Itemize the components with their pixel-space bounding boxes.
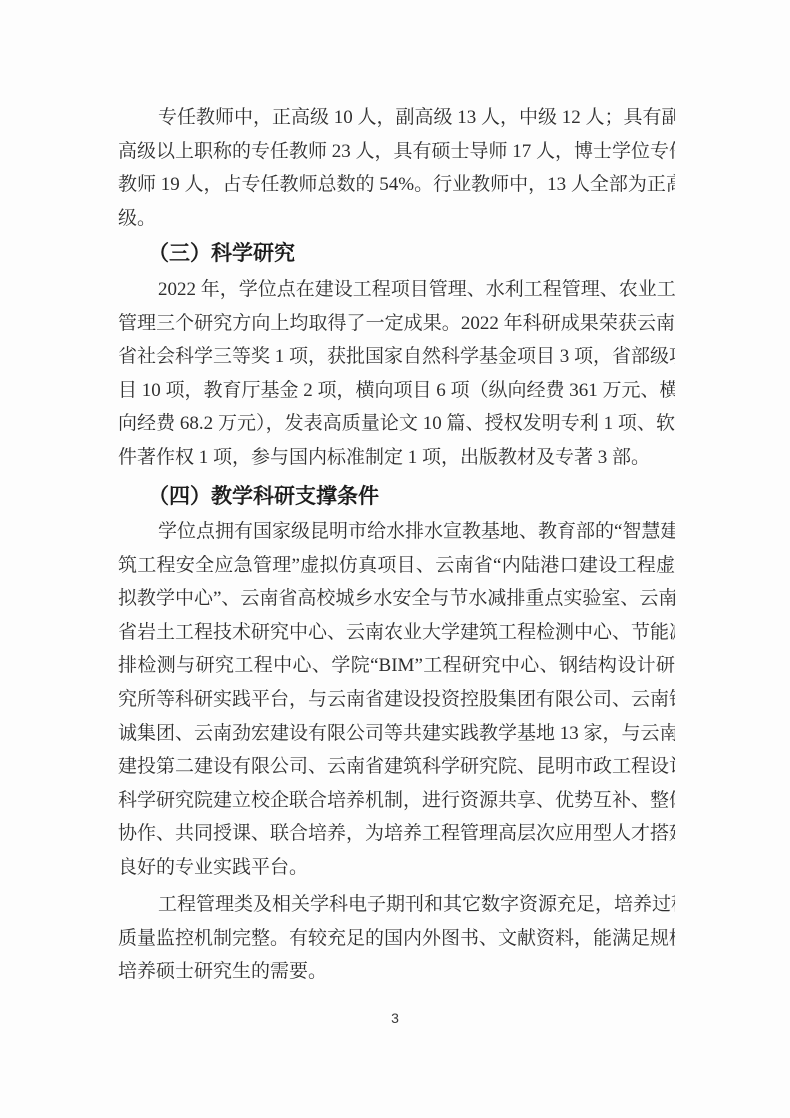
text-line: 拟教学中心”、云南省高校城乡水安全与节水减排重点实验室、云南 <box>118 582 675 616</box>
section-heading-teaching-support: （四）教学科研支撑条件 <box>118 479 675 513</box>
paragraph-library-resources: 工程管理类及相关学科电子期刊和其它数字资源充足，培养过程 质量监控机制完整。有较… <box>118 888 675 989</box>
section-heading-scientific-research: （三）科学研究 <box>118 236 675 270</box>
text-line: 筑工程安全应急管理”虚拟仿真项目、云南省“内陆港口建设工程虚 <box>118 549 675 583</box>
paragraph-research-achievements: 2022 年，学位点在建设工程项目管理、水利工程管理、农业工程 管理三个研究方向… <box>118 273 675 475</box>
text-line: 管理三个研究方向上均取得了一定成果。2022 年科研成果荣获云南 <box>118 307 675 341</box>
document-page: 专任教师中，正高级 10 人，副高级 13 人，中级 12 人；具有副 高级以上… <box>0 0 790 1118</box>
text-line: 协作、共同授课、联合培养，为培养工程管理高层次应用型人才搭建 <box>118 817 675 851</box>
text-line: 目 10 项，教育厅基金 2 项，横向项目 6 项（纵向经费 361 万元、横 <box>118 374 675 408</box>
text-line: 专任教师中，正高级 10 人，副高级 13 人，中级 12 人；具有副 <box>118 101 675 135</box>
text-line: 高级以上职称的专任教师 23 人，具有硕士导师 17 人，博士学位专任 <box>118 135 675 169</box>
text-line: 教师 19 人，占专任教师总数的 54%。行业教师中，13 人全部为正高 <box>118 168 675 202</box>
text-line: 向经费 68.2 万元），发表高质量论文 10 篇、授权发明专利 1 项、软 <box>118 407 675 441</box>
text-line: 诚集团、云南劲宏建设有限公司等共建实践教学基地 13 家，与云南 <box>118 717 675 751</box>
text-line: 排检测与研究工程中心、学院“BIM”工程研究中心、钢结构设计研 <box>118 649 675 683</box>
text-line: 培养硕士研究生的需要。 <box>118 955 675 989</box>
text-line: 究所等科研实践平台，与云南省建设投资控股集团有限公司、云南镕 <box>118 683 675 717</box>
text-line: 科学研究院建立校企联合培养机制，进行资源共享、优势互补、整体 <box>118 784 675 818</box>
text-line: 质量监控机制完整。有较充足的国内外图书、文献资料，能满足规模 <box>118 922 675 956</box>
text-line: 件著作权 1 项，参与国内标准制定 1 项，出版教材及专著 3 部。 <box>118 441 675 475</box>
text-line: 学位点拥有国家级昆明市给水排水宣教基地、教育部的“智慧建 <box>118 515 675 549</box>
text-line: 建投第二建设有限公司、云南省建筑科学研究院、昆明市政工程设计 <box>118 750 675 784</box>
text-line: 级。 <box>118 202 675 236</box>
text-line: 省社会科学三等奖 1 项，获批国家自然科学基金项目 3 项，省部级项 <box>118 340 675 374</box>
text-line: 工程管理类及相关学科电子期刊和其它数字资源充足，培养过程 <box>118 888 675 922</box>
page-number: 3 <box>0 1010 790 1026</box>
text-line: 省岩土工程技术研究中心、云南农业大学建筑工程检测中心、节能减 <box>118 616 675 650</box>
paragraph-platforms-partnerships: 学位点拥有国家级昆明市给水排水宣教基地、教育部的“智慧建 筑工程安全应急管理”虚… <box>118 515 675 885</box>
text-line: 良好的专业实践平台。 <box>118 851 675 885</box>
paragraph-faculty-stats: 专任教师中，正高级 10 人，副高级 13 人，中级 12 人；具有副 高级以上… <box>118 101 675 235</box>
text-line: 2022 年，学位点在建设工程项目管理、水利工程管理、农业工程 <box>118 273 675 307</box>
